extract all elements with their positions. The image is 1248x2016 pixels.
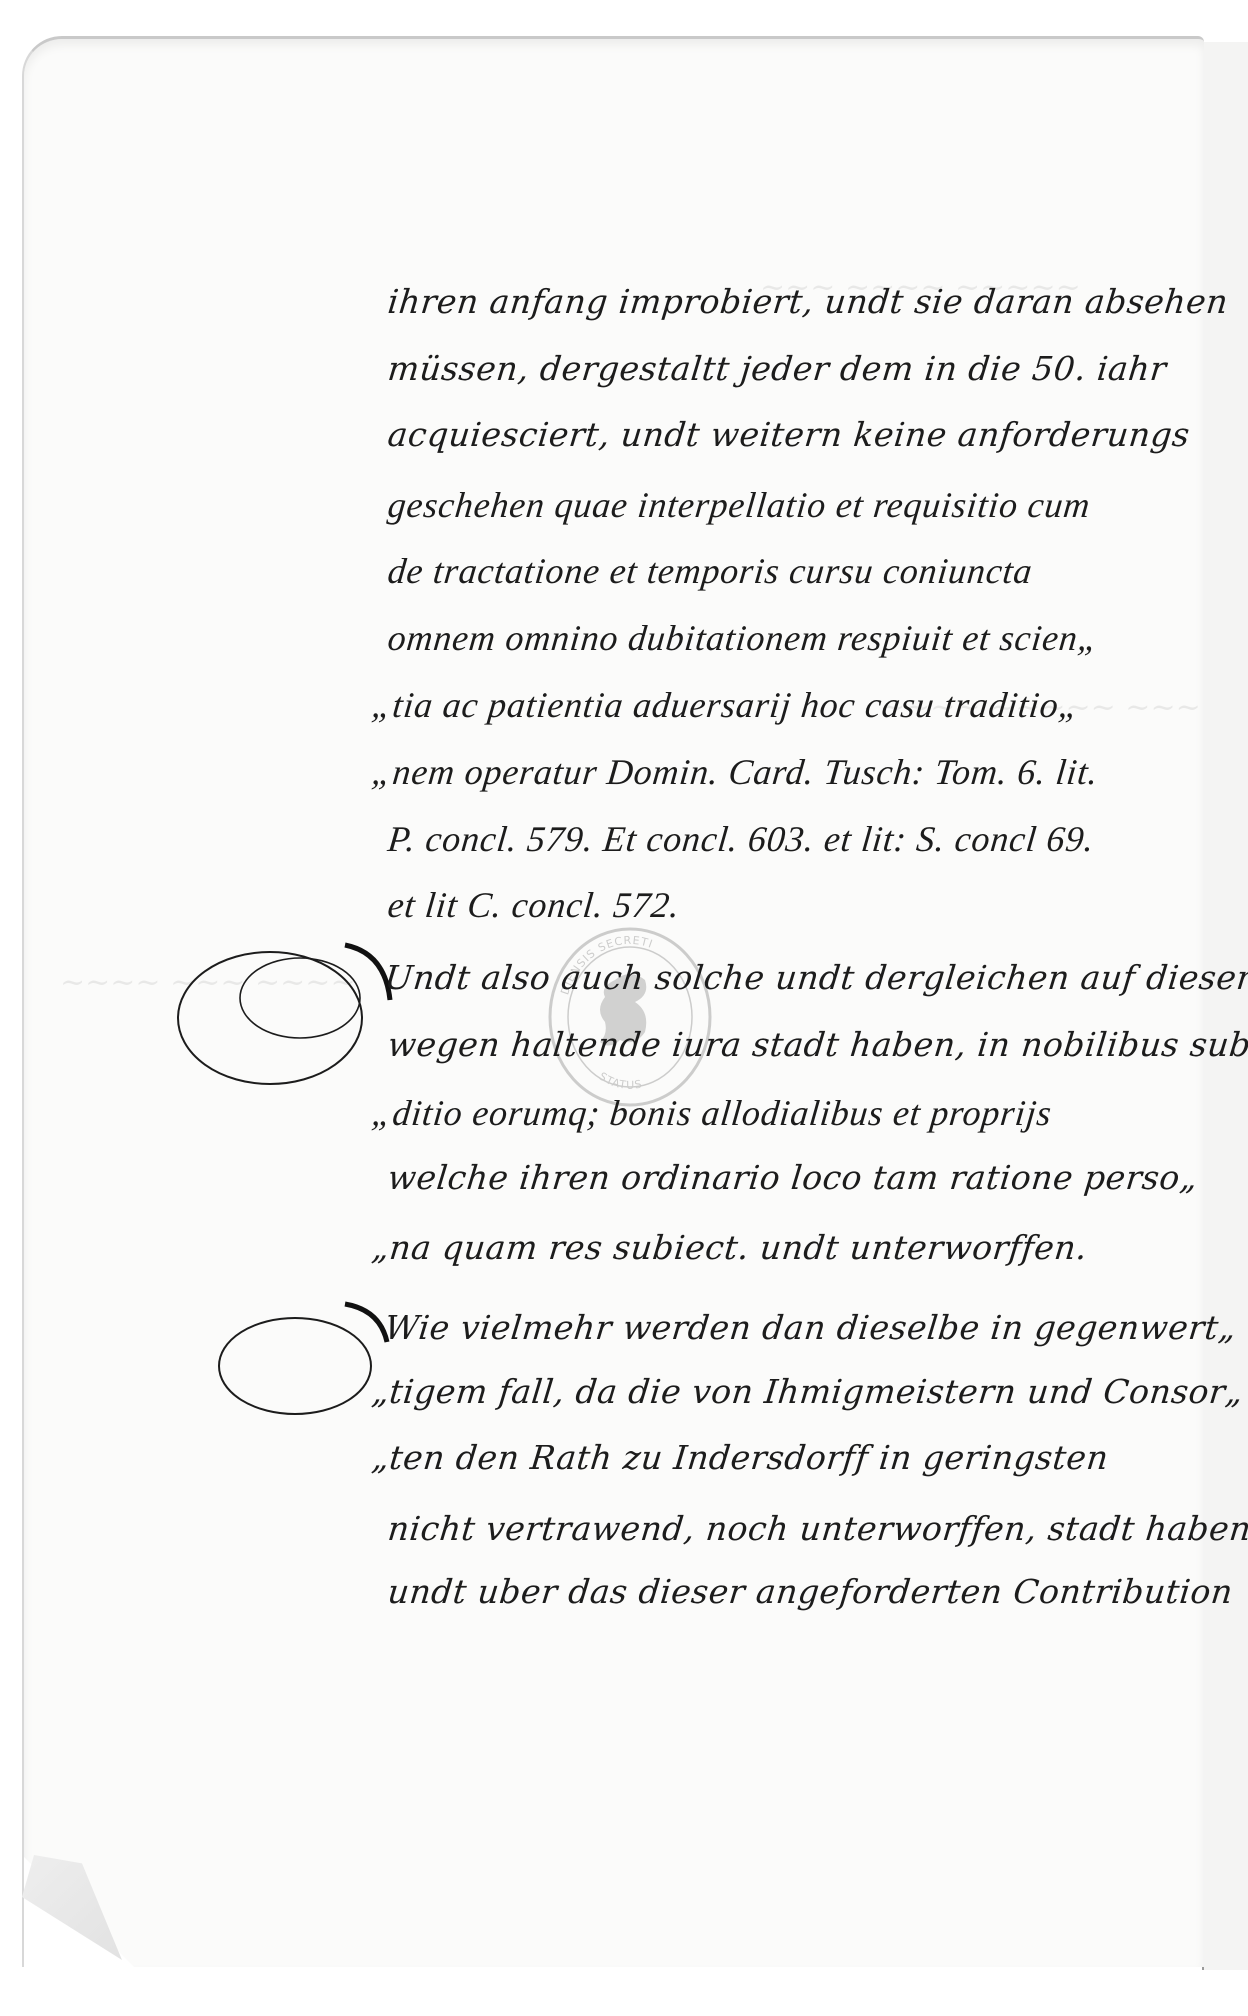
manuscript-line: „tigem fall, da die von Ihmigmeistern un… <box>370 1372 1245 1411</box>
manuscript-line: Undt also auch solche undt dergleichen a… <box>383 958 1248 997</box>
manuscript-line: welche ihren ordinario loco tam ratione … <box>386 1158 1200 1197</box>
archive-seal-stamp: DIENSIS SECRETI STATUS <box>545 925 715 1110</box>
manuscript-line: acquiesciert, undt weitern keine anforde… <box>386 415 1192 454</box>
manuscript-line: „ten den Rath zu Indersdorff in geringst… <box>370 1438 1111 1477</box>
stamp-text-bottom: STATUS <box>597 1070 644 1092</box>
svg-text:STATUS: STATUS <box>597 1070 644 1092</box>
manuscript-line: „ditio eorumq; bonis allodialibus et pro… <box>370 1092 1054 1134</box>
manuscript-line: „nem operatur Domin. Card. Tusch: Tom. 6… <box>370 751 1101 793</box>
manuscript-line: P. concl. 579. Et concl. 603. et lit: S.… <box>386 818 1097 860</box>
manuscript-line: „na quam res subiect. undt unterworffen. <box>370 1228 1089 1267</box>
manuscript-line: „tia ac patientia aduersarij hoc casu tr… <box>370 684 1082 726</box>
manuscript-line: de tractatione et temporis cursu coniunc… <box>386 550 1035 592</box>
manuscript-line: geschehen quae interpellatio et requisit… <box>386 484 1093 526</box>
manuscript-line: et lit C. concl. 572. <box>386 884 682 926</box>
manuscript-line: ihren anfang improbiert, undt sie daran … <box>386 282 1230 321</box>
manuscript-line: wegen haltende iura stadt haben, in nobi… <box>386 1025 1248 1064</box>
manuscript-line: nicht vertrawend, noch unterworffen, sta… <box>386 1509 1248 1548</box>
decorated-initial-U <box>170 940 410 1100</box>
manuscript-line: omnem omnino dubitationem respiuit et sc… <box>386 617 1101 659</box>
adjacent-page-edge <box>1202 42 1248 1970</box>
manuscript-line: müssen, dergestaltt jeder dem in die 50.… <box>386 349 1169 388</box>
manuscript-line: undt uber das dieser angeforderten Contr… <box>386 1572 1235 1611</box>
manuscript-line: Wie vielmehr werden dan dieselbe in gege… <box>383 1308 1238 1347</box>
